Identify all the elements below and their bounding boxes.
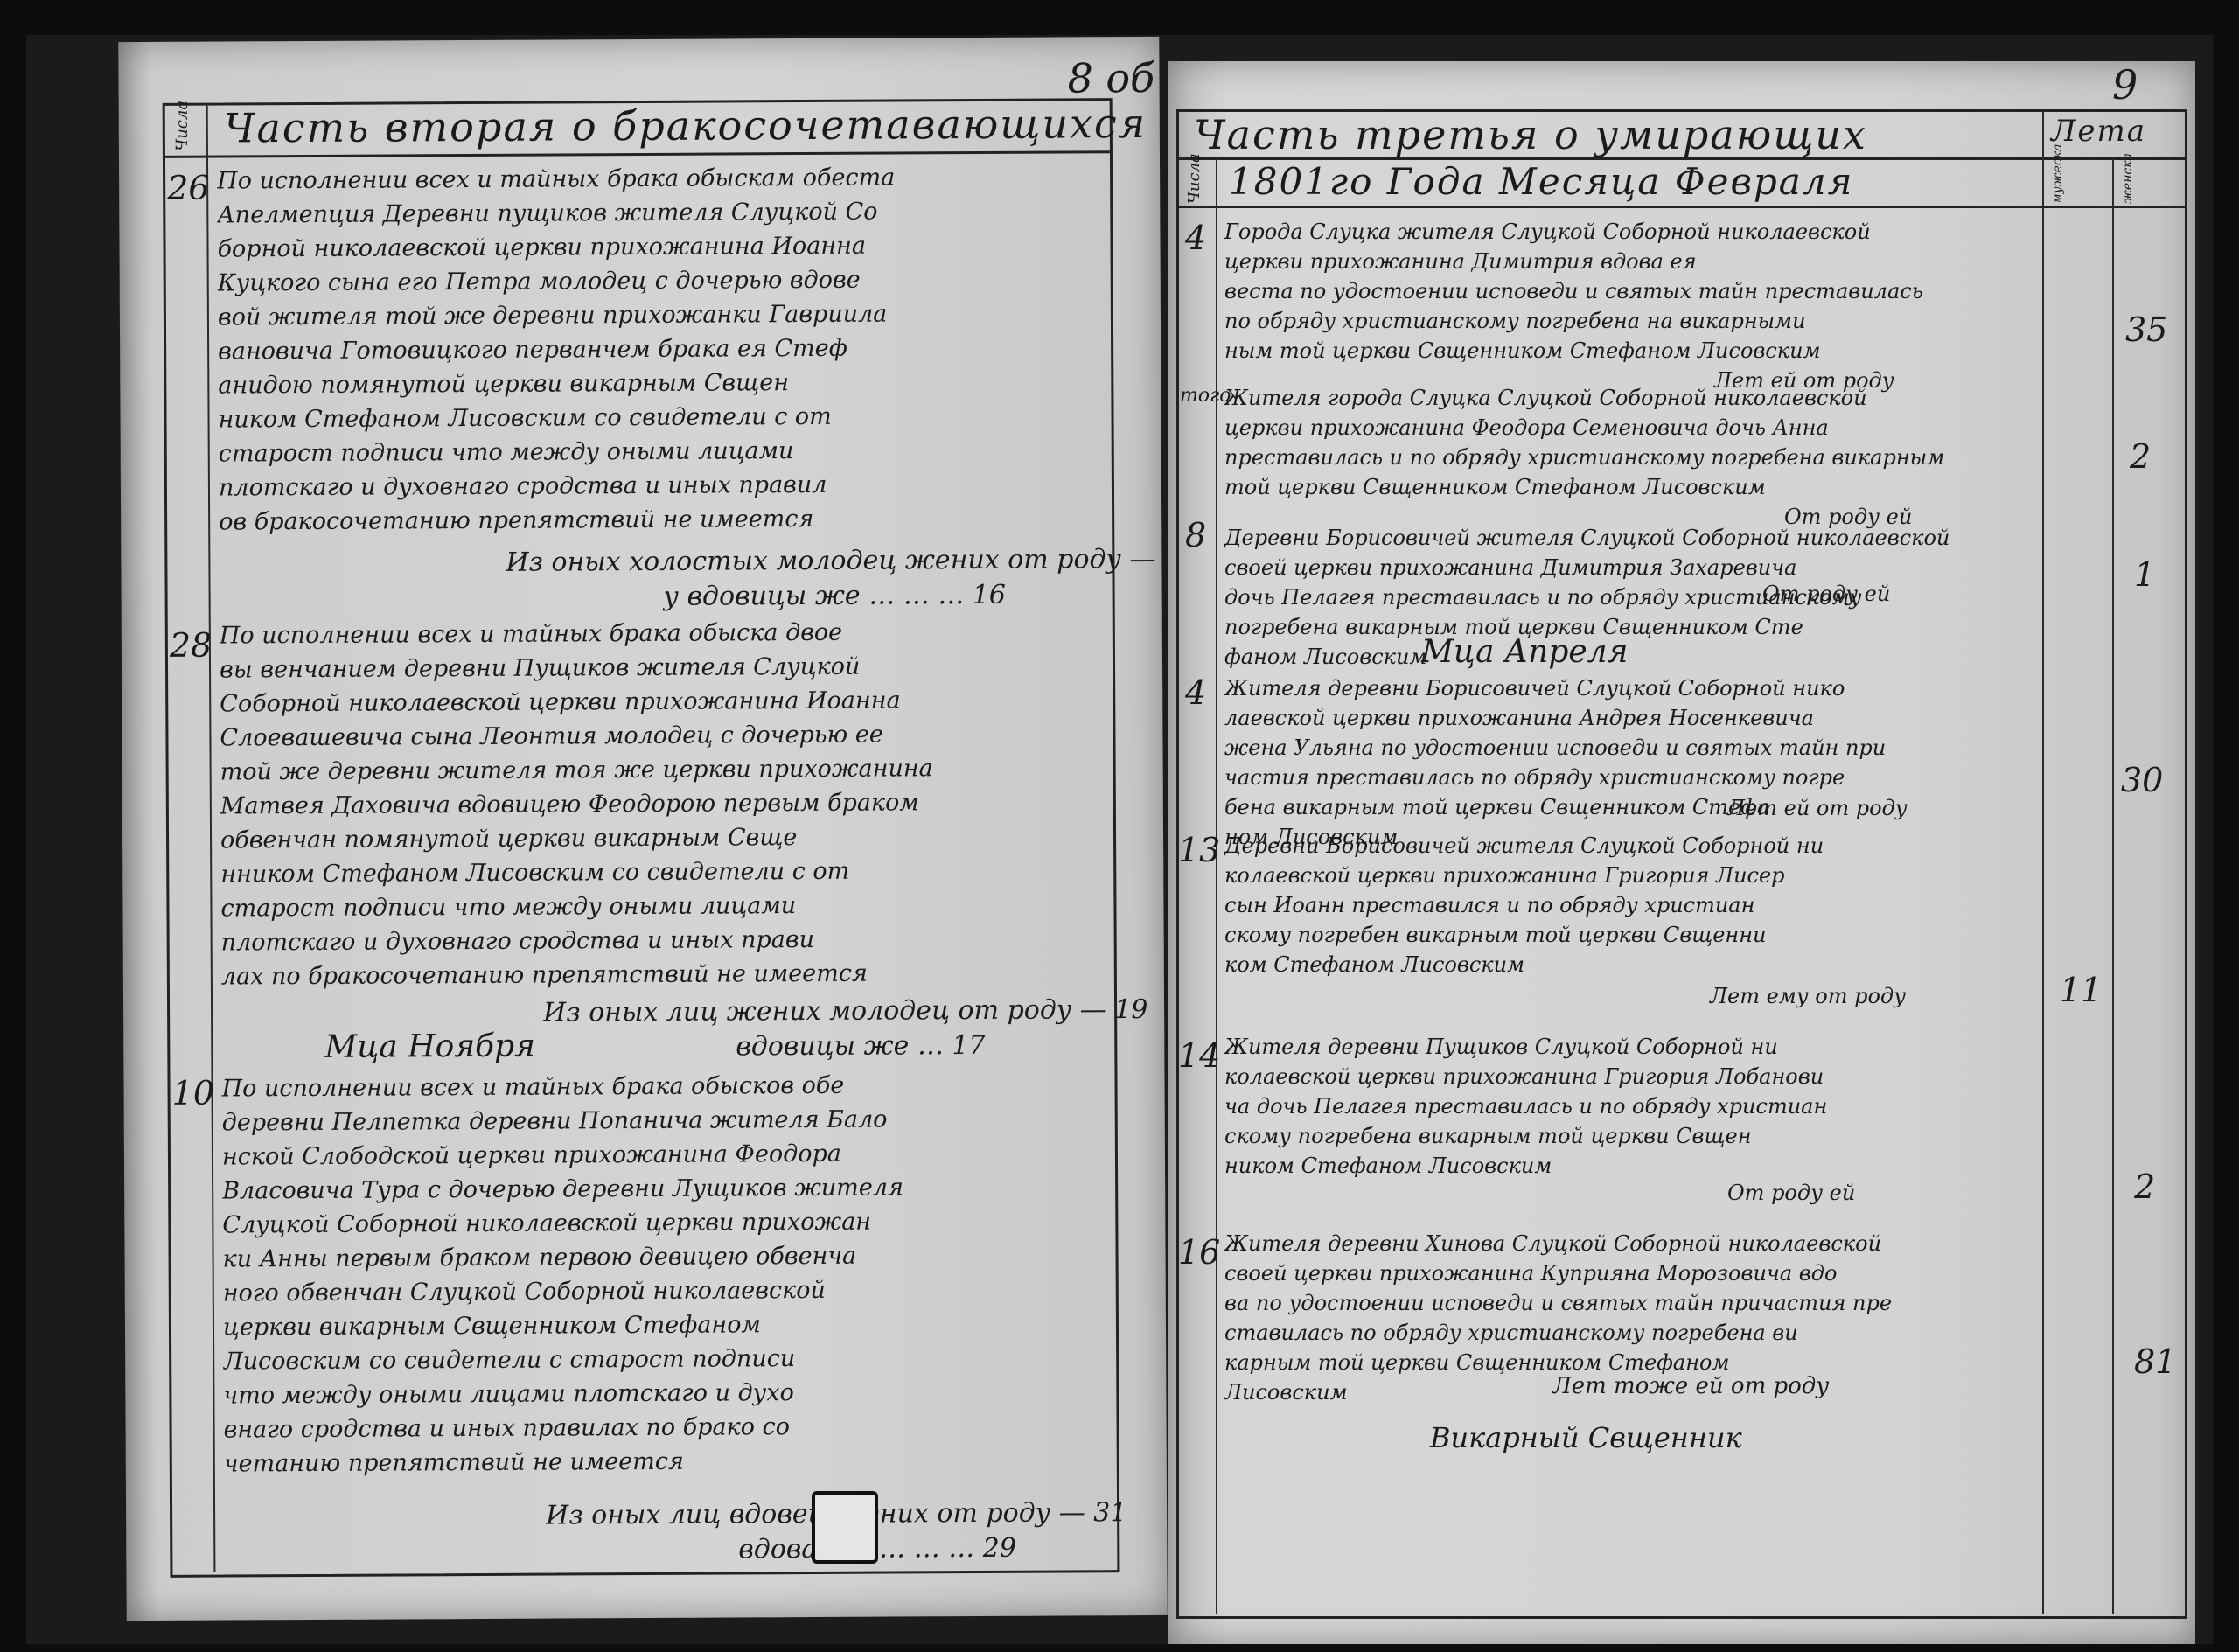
entry-line: ставилась по обряду христианскому погреб… <box>1224 1318 2038 1348</box>
entry-line: Соборной николаевской церкви прихожанина… <box>220 682 1103 721</box>
age-text: Лет ей от роду <box>1727 796 1908 820</box>
age-subheader-female: женска <box>2121 162 2135 204</box>
month-heading: Мца Апреля <box>1421 634 1628 670</box>
section-title: Часть вторая о бракосочетавающихся <box>224 100 1147 152</box>
entry-line: вы венчанием деревни Пущиков жителя Слуц… <box>220 648 1103 687</box>
age-subcolumn-divider <box>2112 157 2114 1614</box>
entry-line: дочь Пелагея преставилась и по обряду хр… <box>1224 582 2038 612</box>
entry-line: преставилась и по обряду христианскому п… <box>1224 443 2038 472</box>
right-page: 9 Часть третья о умирающих Лета мужеска … <box>1168 61 2195 1644</box>
entry-line: Куцкого сына его Петра молодец с дочерью… <box>218 261 1101 300</box>
left-page: 8 об Числа Часть вторая о бракосочетаваю… <box>118 37 1167 1621</box>
entry-line: Жителя деревни Борисовичей Слуцкой Собор… <box>1224 673 2038 703</box>
entry-line: старост подписи что между оными лицами <box>220 887 1104 925</box>
entry-line: своей церкви прихожанина Куприяна Морозо… <box>1224 1258 2038 1288</box>
entry-line: Слоевашевича сына Леонтия молодец с доче… <box>220 716 1103 755</box>
age-female: 30 <box>2121 761 2163 799</box>
entry-line: по обряду христианскому погребена на вик… <box>1224 306 2038 336</box>
death-entry: Жителя деревни Пущиков Слуцкой Соборной … <box>1224 1032 2038 1181</box>
entry-line: церкви прихожанина Димитрия вдова ея <box>1224 247 2038 276</box>
subheader-divider <box>1176 206 2185 208</box>
entry-line: той же деревни жителя тоя же церкви прих… <box>220 750 1104 789</box>
marriage-entry: По исполнении всех и тайных брака обыско… <box>221 1067 1106 1481</box>
entry-line: церкви прихожанина Феодора Семеновича до… <box>1224 413 2038 443</box>
entry-line: ком Стефаном Лисовским <box>1224 950 2038 979</box>
entry-line: вановича Готовицкого перванчем брака ея … <box>218 330 1101 368</box>
death-entry: Деревни Борисовичей жителя Слуцкой Собор… <box>1224 831 2038 979</box>
death-entry: Города Слуцка жителя Слуцкой Соборной ни… <box>1224 217 2038 395</box>
section-title: Часть третья о умирающих <box>1194 111 1867 158</box>
entry-line: Лисовским со свидетели с старост подписи <box>223 1340 1106 1378</box>
entry-day: 4 <box>1185 219 1206 257</box>
entry-line: вой жителя той же деревни прихожанки Гав… <box>218 296 1101 334</box>
entry-day: 16 <box>1178 1233 1220 1272</box>
entry-line: обвенчан помянутой церкви викарным Свще <box>220 819 1104 857</box>
entry-line: бена викарным той церкви Свщенником Стеф… <box>1224 792 2038 822</box>
entry-line: ником Стефаном Лисовским со свидетели с … <box>218 398 1101 436</box>
death-entry: Жителя деревни Борисовичей Слуцкой Собор… <box>1224 673 2038 852</box>
entry-line: Матвея Даховича вдовицею Феодорою первым… <box>220 784 1104 823</box>
age-label: Из оных лиц вдовец жених от роду <box>546 1498 1050 1531</box>
column-header-number: Числа <box>1185 162 1203 204</box>
entry-line: Деревни Борисовичей жителя Слуцкой Собор… <box>1224 831 2038 861</box>
age-female: 2 <box>2130 437 2151 476</box>
entry-line: своей церкви прихожанина Димитрия Захаре… <box>1224 553 2038 582</box>
year-month-heading: 1801го Года Месяца Февраля <box>1229 160 1853 203</box>
age-summary: Из оных лиц жених молодец от роду — 19 <box>543 994 1148 1028</box>
entry-line: ного обвенчан Слуцкой Соборной николаевс… <box>223 1272 1106 1310</box>
entry-line: ным той церкви Свщенником Стефаном Лисов… <box>1224 336 2038 366</box>
entry-line: плотскаго и духовнаго сродства и иных пр… <box>221 921 1105 959</box>
age-text: От роду ей <box>1762 582 1890 606</box>
death-entry: Жителя города Слуцка Слуцкой Соборной ни… <box>1224 383 2038 532</box>
marriage-entry: По исполнении всех и тайных брака обыска… <box>220 614 1105 993</box>
age-male: 11 <box>2060 971 2102 1009</box>
age-text: Лет тоже ей от роду <box>1552 1373 1829 1399</box>
entry-line: деревни Пелпетка деревни Попанича жителя… <box>222 1101 1106 1140</box>
entry-day: 26 <box>167 169 210 207</box>
entry-line: Города Слуцка жителя Слуцкой Соборной ни… <box>1224 217 2038 247</box>
age-label: у вдовицы же <box>664 581 861 612</box>
entry-line: нской Слободской церкви прихожанина Феод… <box>222 1135 1106 1174</box>
entry-line: скому погребен викарным той церкви Свщен… <box>1224 920 2038 950</box>
entry-line: ча дочь Пелагея преставилась и по обряду… <box>1224 1091 2038 1121</box>
age-value: 16 <box>973 580 1006 610</box>
marriage-entry: По исполнении всех и тайных брака обыска… <box>217 159 1102 539</box>
age-label: вдовицы же <box>736 1030 909 1062</box>
entry-line: частия преставилась по обряду христианск… <box>1224 763 2038 792</box>
age-text: Лет ему от роду <box>1710 984 1906 1008</box>
entry-line: внаго сродства и иных правилах по брако … <box>223 1408 1106 1446</box>
entry-line: ки Анны первым браком первою девицею обв… <box>222 1237 1106 1276</box>
entry-line: что между оными лицами плотскаго и духо <box>223 1374 1106 1412</box>
entry-line: Жителя деревни Хинова Слуцкой Соборной н… <box>1224 1229 2038 1258</box>
age-label: Из оных холостых молодец жених от роду <box>506 544 1121 578</box>
entry-day: 14 <box>1178 1036 1220 1075</box>
entry-day: 13 <box>1178 831 1220 869</box>
entry-line: сын Иоанн преставился и по обряду христи… <box>1224 890 2038 920</box>
entry-line: четанию препятствий не имеется <box>224 1442 1107 1481</box>
entry-line: ва по удостоении исповеди и святых тайн … <box>1224 1288 2038 1318</box>
age-value: 19 <box>1114 994 1147 1025</box>
entry-line: анидою помянутой церкви викарным Свщен <box>218 364 1101 402</box>
age-female: 2 <box>2134 1168 2155 1206</box>
age-summary: у вдовицы же … … … 16 <box>664 580 1007 612</box>
entry-line: погребена викарным той церкви Свщенником… <box>1224 612 2038 642</box>
entry-line: скому погребена викарным той церкви Свще… <box>1224 1121 2038 1151</box>
age-header: Лета <box>2051 114 2146 149</box>
age-female: 35 <box>2125 310 2167 349</box>
age-value: 31 <box>1093 1497 1126 1528</box>
entry-line: ов бракосочетанию препятствий не имеется <box>219 500 1102 539</box>
age-value: 29 <box>983 1533 1016 1564</box>
entry-line: Апелмепция Деревни пущиков жителя Слуцко… <box>217 193 1100 232</box>
entry-day: 28 <box>170 626 213 665</box>
age-text: От роду ей <box>1727 1181 1855 1205</box>
entry-line: По исполнении всех и тайных брака обыска… <box>220 614 1103 652</box>
entry-line: Слуцкой Соборной николаевской церкви при… <box>222 1203 1106 1242</box>
entry-day: 4 <box>1185 673 1206 712</box>
age-summary: Из оных холостых молодец жених от роду —… <box>506 544 1197 578</box>
death-entry: Деревни Борисовичей жителя Слуцкой Собор… <box>1224 523 2038 672</box>
age-column-divider <box>2042 109 2044 1614</box>
entry-line: Жителя города Слуцка Слуцкой Соборной ни… <box>1224 383 2038 413</box>
entry-day: 10 <box>171 1074 214 1112</box>
age-value: 17 <box>952 1030 985 1061</box>
book-clasp <box>812 1491 878 1564</box>
folio-number: 8 об <box>1067 54 1154 102</box>
number-column-divider <box>1216 157 1217 1614</box>
entry-line: той церкви Свщенником Стефаном Лисовским <box>1224 472 2038 502</box>
entry-line: веста по удостоении исповеди и святых та… <box>1224 276 2038 306</box>
entry-line: Деревни Борисовичей жителя Слуцкой Собор… <box>1224 523 2038 553</box>
entry-day: того <box>1180 385 1231 407</box>
entry-line: старост подписи что между оными лицами <box>219 432 1102 471</box>
priest-signature: Викарный Свщенник <box>1430 1421 1742 1454</box>
entry-line: жена Ульяна по удостоении исповеди и свя… <box>1224 733 2038 763</box>
entry-line: церкви викарным Свщенником Стефаном <box>223 1306 1106 1344</box>
entry-line: По исполнении всех и тайных брака обыско… <box>221 1067 1105 1105</box>
age-subheader-male: мужеска <box>2051 162 2065 204</box>
entry-line: лах по бракосочетанию препятствий не име… <box>221 955 1105 993</box>
folio-number: 9 <box>2112 61 2138 108</box>
entry-line: нником Стефаном Лисовским со свидетели с… <box>220 853 1104 891</box>
age-summary: вдовицы же … 17 <box>736 1030 986 1062</box>
age-label: Из оных лиц жених молодец от роду <box>543 994 1071 1028</box>
column-header-number: Числа <box>173 112 192 151</box>
age-female: 1 <box>2134 555 2155 594</box>
entry-line: Власовича Тура с дочерью деревни Лущиков… <box>222 1169 1106 1208</box>
entry-line: борной николаевской церкви прихожанина И… <box>217 227 1100 266</box>
entry-line: ником Стефаном Лисовским <box>1224 1151 2038 1181</box>
entry-line: лаевской церкви прихожанина Андрея Носен… <box>1224 703 2038 733</box>
entry-line: фаном Лисовским <box>1224 642 2038 672</box>
entry-line: По исполнении всех и тайных брака обыска… <box>217 159 1100 198</box>
entry-day: 8 <box>1185 516 1206 554</box>
entry-line: колаевской церкви прихожанина Григория Л… <box>1224 861 2038 890</box>
entry-line: Жителя деревни Пущиков Слуцкой Соборной … <box>1224 1032 2038 1062</box>
age-female: 81 <box>2134 1342 2176 1381</box>
entry-line: колаевской церкви прихожанина Григория Л… <box>1224 1062 2038 1091</box>
entry-line: плотскаго и духовнаго сродства и иных пр… <box>219 466 1102 505</box>
month-heading: Мца Ноября <box>324 1028 535 1065</box>
